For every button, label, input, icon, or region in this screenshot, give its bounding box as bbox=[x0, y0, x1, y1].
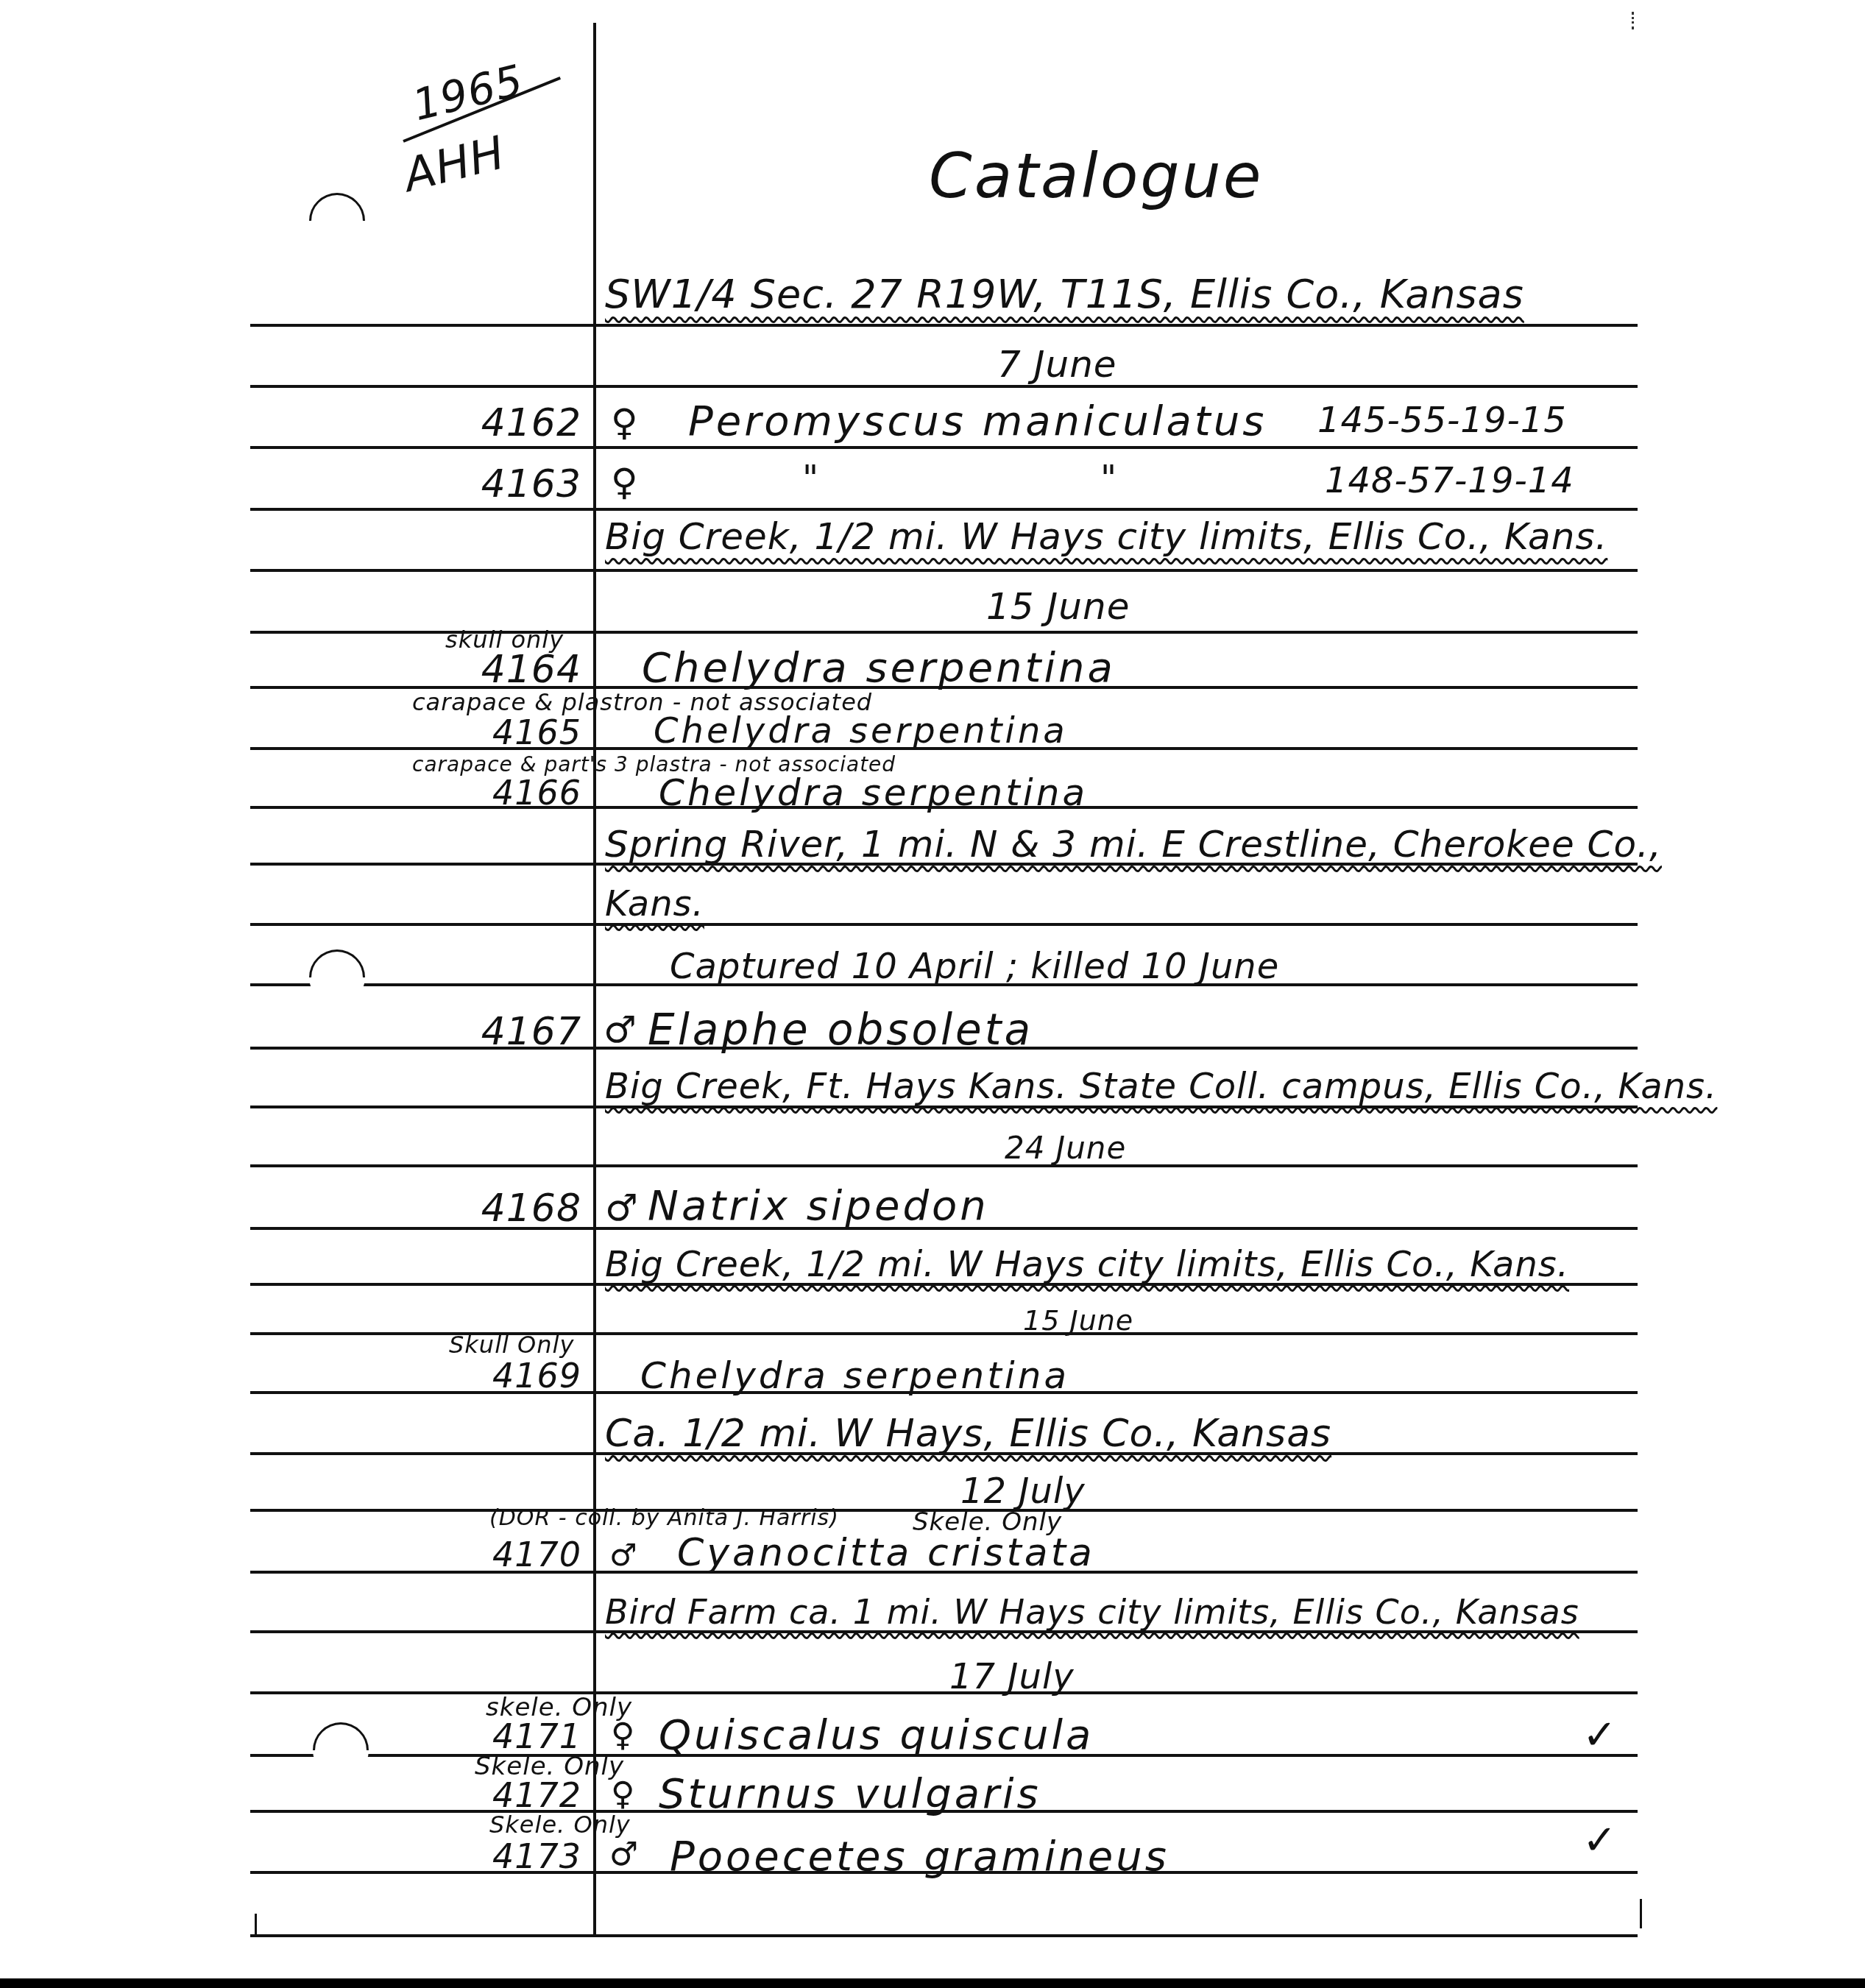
species-name: Sturnus vulgaris bbox=[659, 1770, 1041, 1818]
female-symbol-icon: ♀ bbox=[611, 401, 639, 444]
punch-hole bbox=[297, 938, 376, 1016]
page-title: Catalogue bbox=[929, 140, 1264, 212]
punch-hole bbox=[301, 1711, 380, 1789]
year-annotation: 1965 bbox=[408, 55, 528, 131]
species-name: Chelydra serpentina bbox=[640, 1354, 1069, 1397]
locality-text: Bird Farm ca. 1 mi. W Hays city limits, … bbox=[605, 1592, 1579, 1632]
specimen-note: Skull Only bbox=[449, 1331, 574, 1359]
page-edge bbox=[1640, 1899, 1642, 1928]
species-name: Chelydra serpentina bbox=[654, 710, 1068, 751]
catalogue-number: 4167 bbox=[383, 1010, 581, 1054]
locality-text: Ca. 1/2 mi. W Hays, Ellis Co., Kansas bbox=[605, 1412, 1331, 1456]
collection-date: 7 June bbox=[997, 343, 1117, 386]
locality-heading: Kans. bbox=[605, 883, 704, 924]
collection-date: 15 June bbox=[1023, 1304, 1133, 1337]
species-name: Elaphe obsoleta bbox=[648, 1005, 1033, 1055]
ruled-line bbox=[250, 508, 1638, 511]
male-symbol-icon: ♂ bbox=[605, 1186, 639, 1229]
locality-text: Big Creek, 1/2 mi. W Hays city limits, E… bbox=[605, 515, 1607, 558]
catalogue-number: 4172 bbox=[383, 1775, 581, 1815]
species-name: Natrix sipedon bbox=[648, 1182, 989, 1230]
catalogue-number: 4170 bbox=[383, 1535, 581, 1574]
collection-date: 17 July bbox=[949, 1656, 1075, 1697]
ditto-mark: " bbox=[802, 458, 819, 499]
catalogue-number: 4168 bbox=[383, 1186, 581, 1231]
catalogue-number: 4165 bbox=[383, 712, 581, 752]
species-name: Quiscalus quiscula bbox=[659, 1711, 1094, 1759]
scan-border bbox=[0, 1978, 1865, 1988]
locality-heading: Spring River, 1 mi. N & 3 mi. E Crestlin… bbox=[605, 823, 1662, 866]
species-name: Chelydra serpentina bbox=[642, 644, 1116, 692]
ruled-line bbox=[250, 1691, 1638, 1694]
collection-date: 12 July bbox=[960, 1471, 1086, 1512]
checkmark-icon: ✓ bbox=[1582, 1817, 1618, 1864]
catalogue-number: 4169 bbox=[383, 1356, 581, 1396]
locality-heading: Bird Farm ca. 1 mi. W Hays city limits, … bbox=[605, 1592, 1579, 1632]
locality-heading: Big Creek, 1/2 mi. W Hays city limits, E… bbox=[605, 515, 1607, 558]
species-name: Pooecetes gramineus bbox=[670, 1833, 1169, 1881]
species-name: Cyanocitta cristata bbox=[677, 1531, 1095, 1575]
collection-date: 24 June bbox=[1005, 1130, 1126, 1166]
locality-text: Big Creek, 1/2 mi. W Hays city limits, E… bbox=[605, 1244, 1569, 1285]
measurements: 145-55-19-15 bbox=[1317, 400, 1567, 441]
locality-text: SW1/4 Sec. 27 R19W, T11S, Ellis Co., Kan… bbox=[605, 271, 1524, 317]
catalogue-number: 4164 bbox=[383, 648, 581, 692]
male-symbol-icon: ♂ bbox=[604, 1008, 637, 1051]
female-symbol-icon: ♀ bbox=[611, 1716, 635, 1754]
locality-text: Big Creek, Ft. Hays Kans. State Coll. ca… bbox=[605, 1066, 1717, 1107]
specimen-note: Skele. Only bbox=[489, 1811, 631, 1839]
page-edge bbox=[255, 1914, 257, 1937]
ruled-line bbox=[250, 446, 1638, 449]
collection-date: 15 June bbox=[986, 585, 1130, 628]
specimen-note: (DOR - coll. by Anita J. Harris) bbox=[489, 1505, 839, 1531]
catalogue-page: 1965 AHH Catalogue SW1/4 Sec. 27 R19W, T… bbox=[0, 0, 1865, 1988]
ruled-line bbox=[250, 385, 1638, 388]
locality-heading: Big Creek, 1/2 mi. W Hays city limits, E… bbox=[605, 1244, 1569, 1285]
measurements: 148-57-19-14 bbox=[1325, 460, 1574, 501]
locality-text: Kans. bbox=[605, 883, 704, 924]
female-symbol-icon: ♀ bbox=[611, 461, 639, 503]
scan-mark bbox=[1632, 12, 1636, 29]
ruled-line bbox=[250, 1934, 1638, 1937]
margin-line bbox=[593, 23, 596, 1936]
male-symbol-icon: ♂ bbox=[609, 1836, 639, 1873]
locality-text: Spring River, 1 mi. N & 3 mi. E Crestlin… bbox=[605, 823, 1662, 866]
ruled-line bbox=[250, 569, 1638, 572]
ruled-line bbox=[250, 1164, 1638, 1167]
catalogue-number: 4173 bbox=[383, 1836, 581, 1876]
male-symbol-icon: ♂ bbox=[609, 1537, 638, 1573]
ditto-mark: " bbox=[1100, 458, 1117, 499]
punch-hole bbox=[297, 181, 376, 260]
female-symbol-icon: ♀ bbox=[611, 1775, 635, 1813]
locality-heading: Big Creek, Ft. Hays Kans. State Coll. ca… bbox=[605, 1066, 1717, 1107]
catalogue-number: 4162 bbox=[383, 401, 581, 445]
species-name: Chelydra serpentina bbox=[659, 771, 1088, 814]
checkmark-icon: ✓ bbox=[1582, 1711, 1618, 1759]
locality-heading: Ca. 1/2 mi. W Hays, Ellis Co., Kansas bbox=[605, 1412, 1331, 1456]
catalogue-number: 4166 bbox=[383, 773, 581, 813]
locality-heading: SW1/4 Sec. 27 R19W, T11S, Ellis Co., Kan… bbox=[605, 271, 1524, 317]
capture-note: Captured 10 April ; killed 10 June bbox=[670, 946, 1279, 987]
species-name: Peromyscus maniculatus bbox=[688, 397, 1267, 445]
catalogue-number: 4171 bbox=[383, 1716, 581, 1756]
ruled-line bbox=[250, 324, 1638, 327]
catalogue-number: 4163 bbox=[383, 462, 581, 506]
ruled-line bbox=[250, 923, 1638, 926]
